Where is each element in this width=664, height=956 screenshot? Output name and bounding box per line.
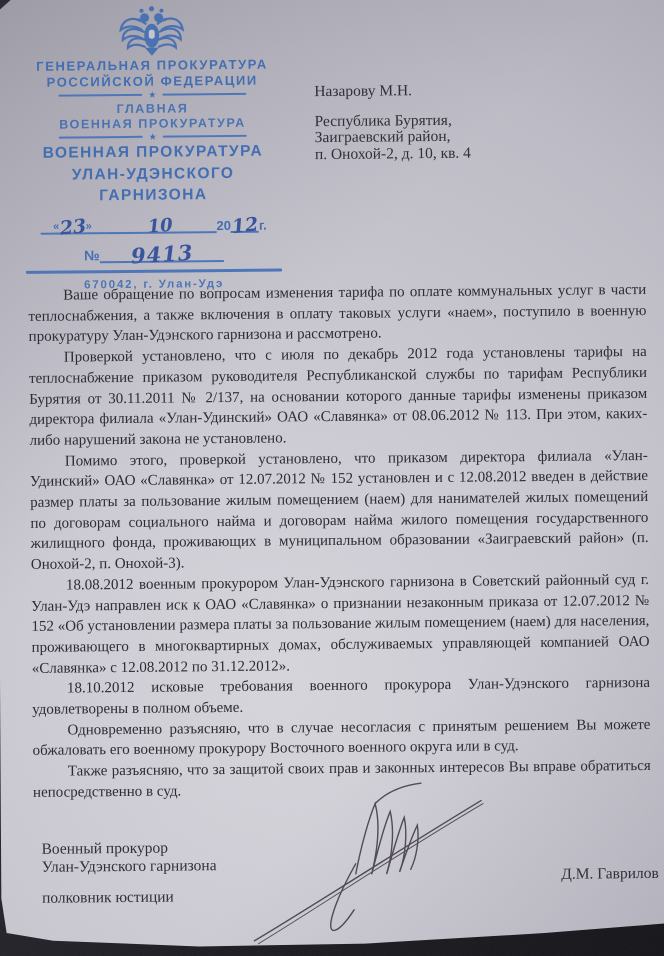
recipient-block: Назарову М.Н. Республика Бурятия, Заигра… [314,82,585,164]
signer-position-line2: Улан-Удэнского гарнизона [42,857,217,876]
date-row: « 23 » 10 20 12 г. [17,214,289,235]
signer-rank: полковник юстиции [42,888,217,907]
handwritten-number: 9413 [130,243,193,265]
separator-line [58,94,142,97]
recipient-address-line: п. Онохой-2, д. 10, кв. 4 [315,144,585,163]
year-prefix: 20 [216,217,231,232]
separator-line [163,135,247,138]
paragraph: Ваше обращение по вопросам изменения тар… [28,280,647,348]
signer-position-block: Военный прокурор Улан-Удэнского гарнизон… [41,839,216,907]
signer-position-line1: Военный прокурор [41,839,216,858]
paragraph: Одновременно разъясняю, что в случае нес… [32,715,650,762]
handwritten-signature [241,776,499,950]
recipient-name: Назарову М.Н. [314,82,584,101]
unit-name-line3: ГАРНИЗОНА [17,185,289,206]
letterhead: ГЕНЕРАЛЬНАЯ ПРОКУРАТУРА РОССИЙСКОЙ ФЕДЕР… [15,4,290,291]
date-month-field: 10 [104,216,216,234]
handwritten-day: 23 [59,218,87,236]
date-year-field: 12 [231,215,259,232]
paragraph: 18.08.2012 военным прокурором Улан-Удэнс… [31,570,650,679]
star-separator: ★ [17,131,289,142]
star-icon: ★ [149,133,157,141]
paragraph: Помимо этого, проверкой установлено, что… [30,446,649,576]
separator-line [59,136,143,139]
org-name-line2: РОССИЙСКОЙ ФЕДЕРАЦИИ [16,72,288,90]
star-icon: ★ [148,91,156,99]
year-suffix: г. [259,217,267,232]
document-content: ГЕНЕРАЛЬНАЯ ПРОКУРАТУРА РОССИЙСКОЙ ФЕДЕР… [0,0,664,956]
date-day-field: « 23 » [40,216,104,235]
number-label: № [84,247,100,263]
division-line2: ВОЕННАЯ ПРОКУРАТУРА [17,115,289,132]
star-separator: ★ [16,89,288,100]
number-field: 9413 [100,242,224,263]
separator-line [162,93,246,96]
letterhead-rule [26,268,282,273]
handwritten-month: 10 [148,217,174,234]
paragraph: 18.10.2012 исковые требования военного п… [32,673,650,720]
letter-body: Ваше обращение по вопросам изменения тар… [28,280,651,803]
handwritten-year: 12 [231,217,259,235]
number-row: № 9413 [18,241,290,264]
coat-of-arms-icon [113,5,189,56]
signer-name: Д.М. Гаврилов [524,865,659,884]
paragraph: Проверкой установлено, что с июля по дек… [29,342,648,451]
unit-name-line1: ВОЕННАЯ ПРОКУРАТУРА [17,142,289,163]
unit-name-line2: УЛАН-УДЭНСКОГО [17,164,289,185]
photographed-letter: ГЕНЕРАЛЬНАЯ ПРОКУРАТУРА РОССИЙСКОЙ ФЕДЕР… [0,0,664,956]
